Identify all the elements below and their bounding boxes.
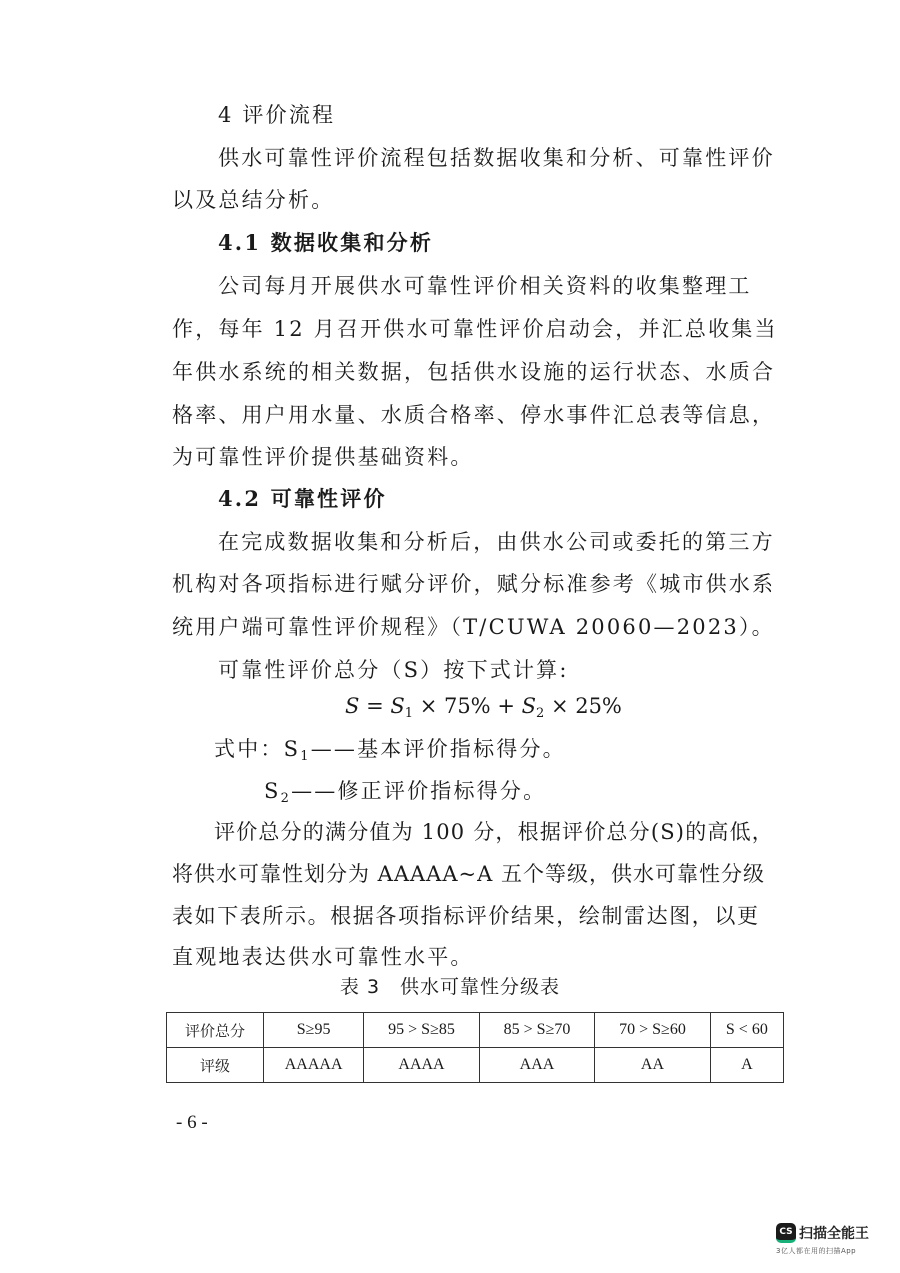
formula-legend-desc: ——基本评价指标得分。 [311,737,566,761]
document-page: 4 评价流程 供水可靠性评价流程包括数据收集和分析、可靠性评价 以及总结分析。 … [0,0,900,1273]
paragraph-line: 公司每月开展供水可靠性评价相关资料的收集整理工 [218,272,752,300]
formula-intro: 可靠性评价总分（S）按下式计算: [218,656,569,684]
paragraph-line: 供水可靠性评价流程包括数据收集和分析、可靠性评价 [218,144,775,172]
section-4-1-title: 4.1 数据收集和分析 [218,229,433,257]
table-row: 评价总分 S≥95 95 > S≥85 85 > S≥70 70 > S≥60 … [167,1013,784,1048]
formula-legend-desc: ——修正评价指标得分。 [291,779,546,803]
formula-term: × 75% + [413,694,522,718]
watermark-tagline: 3亿人都在用的扫描App [776,1246,894,1256]
formula-legend-symbol: S [264,779,281,803]
paragraph-line: 作，每年 12 月召开供水可靠性评价启动会，并汇总收集当 [172,315,778,343]
formula-subscript: 1 [405,706,413,721]
formula-operator: = [359,694,390,718]
page-number: - 6 - [176,1112,208,1134]
section-4-title: 4 评价流程 [218,101,335,129]
paragraph-line: 表如下表所示。根据各项指标评价结果，绘制雷达图，以更 [172,902,760,930]
row-label: 评级 [167,1048,264,1083]
table-cell: AAAAA [264,1048,364,1083]
paragraph-line: 将供水可靠性划分为 AAAAA~A 五个等级，供水可靠性分级 [172,860,765,888]
table-caption: 表 3 供水可靠性分级表 [0,972,900,999]
table-cell: AA [595,1048,710,1083]
formula-legend-subscript: 2 [281,791,291,806]
paragraph-line: 评价总分的满分值为 100 分，根据评价总分(S)的高低， [214,818,774,846]
camscanner-logo-icon: CS [776,1223,796,1243]
paragraph-line: 格率、用户用水量、水质合格率、停水事件汇总表等信息， [172,401,775,429]
paragraph-line: 直观地表达供水可靠性水平。 [172,943,474,971]
watermark-name: 扫描全能王 [799,1223,869,1243]
table-cell: S < 60 [710,1013,783,1048]
paragraph-line: 在完成数据收集和分析后，由供水公司或委托的第三方 [218,528,775,556]
table-cell: 95 > S≥85 [364,1013,479,1048]
formula: S = S1 × 75% + S2 × 25% [345,692,622,728]
scanner-watermark: CS扫描全能王 3亿人都在用的扫描App [776,1222,894,1256]
table-row: 评级 AAAAA AAAA AAA AA A [167,1048,784,1083]
formula-symbol: S [390,694,404,718]
formula-term: × 25% [544,694,622,718]
formula-legend-subscript: 1 [300,749,310,764]
row-label: 评价总分 [167,1013,264,1048]
table-cell: 70 > S≥60 [595,1013,710,1048]
paragraph-line: 为可靠性评价提供基础资料。 [172,443,474,471]
formula-symbol: S [345,694,359,718]
formula-legend-s1: 式中：S1——基本评价指标得分。 [214,735,566,771]
table-cell: AAA [479,1048,594,1083]
formula-legend-prefix: 式中： [214,737,284,761]
table-cell: S≥95 [264,1013,364,1048]
table-cell: 85 > S≥70 [479,1013,594,1048]
table-cell: A [710,1048,783,1083]
grade-table: 评价总分 S≥95 95 > S≥85 85 > S≥70 70 > S≥60 … [166,1012,784,1083]
paragraph-line: 以及总结分析。 [172,186,334,214]
formula-legend-s2: S2——修正评价指标得分。 [264,777,546,813]
paragraph-line: 机构对各项指标进行赋分评价，赋分标准参考《城市供水系 [172,570,775,598]
paragraph-line: 年供水系统的相关数据，包括供水设施的运行状态、水质合 [172,358,775,386]
formula-legend-symbol: S [284,737,301,761]
formula-symbol: S [522,694,536,718]
paragraph-line: 统用户端可靠性评价规程》（T/CUWA 20060—2023）。 [172,613,775,641]
section-4-2-title: 4.2 可靠性评价 [218,485,387,513]
table-cell: AAAA [364,1048,479,1083]
